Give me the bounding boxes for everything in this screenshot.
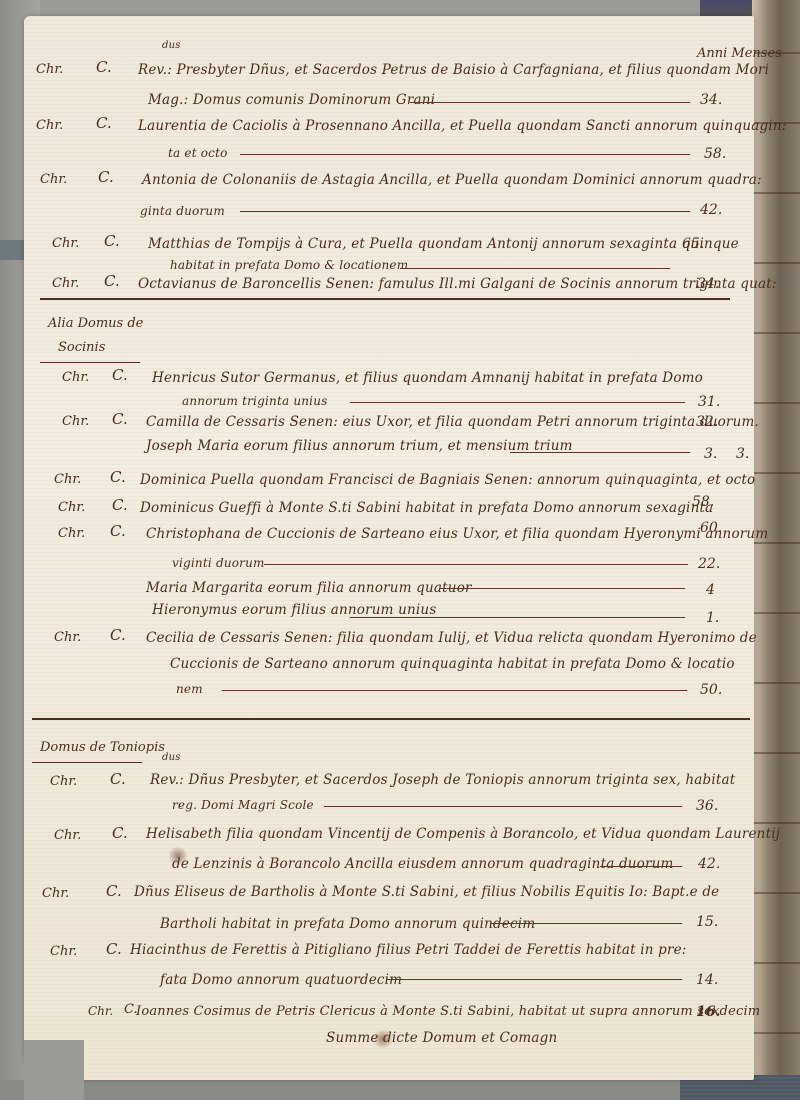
section-title: Alia Domus de [48, 316, 143, 331]
margin-mark-chr: Chr. [36, 118, 63, 133]
margin-mark-chr: Chr. [62, 370, 89, 385]
entry-line: Henricus Sutor Germanus, et filius quond… [152, 370, 703, 386]
entry-line: Dominica Puella quondam Francisci de Bag… [140, 472, 755, 488]
entry-line: viginti duorum [172, 556, 265, 570]
margin-mark-chr: Chr. [62, 414, 89, 429]
ink-stain [372, 1030, 394, 1048]
margin-mark-chr: Chr. [54, 828, 81, 843]
age-value: 50. [700, 682, 722, 698]
margin-mark-c: C. [106, 940, 122, 958]
column-header: Anni Menses [697, 46, 782, 61]
entry-line: Antonia de Colonaniis de Astagia Ancilla… [142, 172, 762, 188]
margin-mark-c: C. [106, 882, 122, 900]
margin-mark-c: C. [112, 366, 128, 384]
entry-line: Laurentia de Caciolis à Prosennano Ancil… [138, 118, 786, 134]
entry-line: Octavianus de Baroncellis Senen: famulus… [138, 276, 777, 292]
entry-line: Dominicus Gueffi à Monte S.ti Sabini hab… [140, 500, 713, 516]
entry-line: Helisabeth filia quondam Vincentij de Co… [146, 826, 780, 842]
entry-line: Christophana de Cuccionis de Sarteano ei… [146, 526, 768, 542]
margin-mark-chr: Chr. [52, 276, 79, 291]
margin-mark-c: C. [98, 168, 114, 186]
fill-line [240, 211, 690, 212]
fill-line [400, 268, 670, 269]
entry-line: nem [176, 682, 203, 696]
entry-line: Cecilia de Cessaris Senen: filia quondam… [146, 630, 757, 646]
section-divider [40, 298, 730, 300]
margin-mark-c: C. [110, 468, 126, 486]
fill-line [510, 452, 690, 453]
book-binding-texture [752, 0, 800, 1100]
age-value: 3. [704, 446, 717, 462]
section-divider [32, 718, 750, 720]
age-value: 14. [696, 972, 718, 988]
entry-line: Mag.: Domus comunis Dominorum Grani [148, 92, 435, 108]
entry-line: Dñus Eliseus de Bartholis à Monte S.ti S… [134, 884, 719, 900]
margin-mark-c: C. [104, 272, 120, 290]
fill-line [440, 588, 685, 589]
entry-line: Hieronymus eorum filius annorum unius [152, 602, 436, 618]
age-value: 58. [704, 146, 726, 162]
margin-mark-c: C. [110, 626, 126, 644]
section-title: Socinis [58, 340, 105, 355]
age-value: 65. [682, 236, 704, 252]
entry-line: Bartholi habitat in prefata Domo annorum… [160, 916, 535, 932]
fill-line [386, 979, 682, 980]
margin-mark-c: C. [112, 410, 128, 428]
entry-line: Ioannes Cosimus de Petris Clericus à Mon… [136, 1004, 760, 1019]
margin-mark-chr: Chr. [88, 1004, 113, 1018]
footer-note: Summe dicte Domum et Comagn [326, 1030, 557, 1046]
entry-line: Camilla de Cessaris Senen: eius Uxor, et… [146, 414, 759, 430]
margin-mark-c: C. [110, 522, 126, 540]
entry-line: ginta duorum [140, 204, 225, 218]
entry-line: Cuccionis de Sarteano annorum quinquagin… [170, 656, 735, 672]
age-value: 34. [697, 276, 719, 292]
entry-line: Maria Margarita eorum filia annorum quat… [146, 580, 472, 596]
superscript: dus [162, 40, 181, 51]
fill-line [240, 154, 690, 155]
fill-line [410, 102, 690, 103]
fill-line [490, 923, 682, 924]
superscript: dus [162, 752, 181, 763]
margin-mark-chr: Chr. [36, 62, 63, 77]
margin-mark-c: C. [112, 496, 128, 514]
margin-mark-c: C. [96, 114, 112, 132]
margin-mark-c: C. [112, 824, 128, 842]
entry-line: Joseph Maria eorum filius annorum trium,… [146, 438, 573, 454]
section-underline [32, 762, 142, 763]
section-underline [40, 362, 140, 363]
fill-line [600, 866, 682, 867]
fill-line [222, 690, 687, 691]
entry-line: de Lenzinis à Borancolo Ancilla eiusdem … [172, 856, 674, 872]
age-value: 42. [700, 202, 722, 218]
margin-mark-chr: Chr. [42, 886, 69, 901]
section-title: Domus de Toniopis [40, 740, 165, 755]
entry-line: ta et octo [168, 146, 228, 160]
margin-mark-chr: Chr. [52, 236, 79, 251]
margin-mark-c: C. [104, 232, 120, 250]
fill-line [264, 564, 688, 565]
entry-line: reg. Domi Magri Scole [172, 798, 314, 812]
age-value: 4 [706, 582, 715, 598]
entry-line: Rev.: Dñus Presbyter, et Sacerdos Joseph… [150, 772, 735, 788]
age-value: 22. [698, 556, 720, 572]
margin-mark-chr: Chr. [50, 774, 77, 789]
margin-mark-chr: Chr. [40, 172, 67, 187]
margin-mark-c: C. [110, 770, 126, 788]
margin-mark-chr: Chr. [50, 944, 77, 959]
entry-line: habitat in prefata Domo & locationem [170, 258, 408, 272]
margin-mark-chr: Chr. [54, 472, 81, 487]
ink-stain [168, 846, 188, 866]
entry-line: annorum triginta unius [182, 394, 328, 408]
entry-line: Matthias de Tompijs à Cura, et Puella qu… [148, 236, 739, 252]
age-value: 32. [696, 414, 718, 430]
age-value: 16. [696, 1004, 720, 1020]
age-value: 31. [698, 394, 720, 410]
fill-line [324, 806, 682, 807]
margin-mark-chr: Chr. [58, 526, 85, 541]
age-value: 36. [696, 798, 718, 814]
age-value: 1. [706, 610, 719, 626]
age-value: 34. [700, 92, 722, 108]
age-value: 42. [698, 856, 720, 872]
margin-mark-chr: Chr. [58, 500, 85, 515]
entry-line: Hiacinthus de Ferettis à Pitigliano fili… [130, 942, 687, 958]
age-value: 15. [696, 914, 718, 930]
torn-corner [24, 1040, 84, 1100]
entry-line: fata Domo annorum quatuordecim [160, 972, 402, 988]
fill-line [350, 402, 685, 403]
margin-mark-chr: Chr. [54, 630, 81, 645]
margin-mark-c: C. [96, 58, 112, 76]
entry-line: Rev.: Presbyter Dñus, et Sacerdos Petrus… [138, 62, 769, 78]
months-value: 3. [736, 446, 749, 462]
fill-line [350, 617, 685, 618]
